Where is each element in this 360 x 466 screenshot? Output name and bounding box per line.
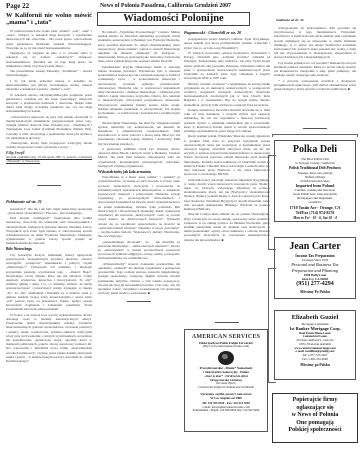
ad-text: Commercial freight for Poland and worldw… bbox=[185, 386, 267, 390]
ad-title: Jean Carter bbox=[275, 241, 355, 254]
article-paragraph: Niedoścignięt Nietzschego nie miał być z… bbox=[98, 121, 180, 146]
source-note: Artykuł opublikowany 19 listopada 2007 w… bbox=[6, 155, 92, 163]
article-paragraph: Niestety również „formacje” z angielskie… bbox=[184, 82, 270, 107]
blank-ad-frame bbox=[272, 134, 358, 137]
article-paragraph: „Ustawodawcy kierowali się przy tym jedn… bbox=[6, 115, 92, 140]
ad-text: in Orange County California bbox=[275, 161, 355, 165]
article-paragraph: Wspomniane tu z może „kasy pańska” i „pa… bbox=[98, 175, 180, 238]
article-paragraph: propagandowa wersja Martin'a Gilberta, Ż… bbox=[184, 37, 270, 50]
article-paragraph: Churchill twórcy jak mógł. Interesów imp… bbox=[184, 178, 270, 212]
left-column: W Kalifornii nie wolno mówić „mama” i „t… bbox=[6, 12, 92, 464]
article-paragraph: „Wykształciuchy” stanowi doskonałą powie… bbox=[98, 262, 180, 296]
article-paragraph: I by jak kiedy uchwalał ustawę w urzędzi… bbox=[6, 79, 92, 92]
ad-text: Popierajcie firmy bbox=[273, 397, 357, 405]
article-paragraph: Paradoksalnie krytyka Nietzschego miała … bbox=[98, 65, 180, 120]
divider bbox=[37, 185, 61, 186]
ad-american-services: AMERICAN SERVICES Polski Spedytor/Polish… bbox=[184, 329, 268, 432]
article-paragraph: Z pewnością sufibilmi chciał być studenc… bbox=[98, 147, 180, 168]
article-paragraph: Czy można jednak na to coś poradzić? Dem… bbox=[274, 61, 356, 78]
article-paragraph: W podstawówkach nie wolno pisać „mama”, … bbox=[6, 29, 92, 50]
article-paragraph: przeszłości”. Nie ma i nie było nigdy ta… bbox=[6, 207, 92, 215]
ad-text: One pomagają bbox=[273, 420, 357, 428]
subheading: Bóle Nietzschego bbox=[6, 247, 92, 251]
blank-ad-frame bbox=[268, 155, 276, 250]
ad-text: W Los Angeles od 1980 bbox=[185, 396, 267, 400]
ad-fax: Fax: 1-661-252-9049 bbox=[275, 358, 355, 362]
masthead: News of Polonia Pasadena, California Gru… bbox=[100, 3, 231, 9]
ad-text: w News of Polonia bbox=[273, 412, 357, 420]
ad-text: Cosmetics bbox=[275, 200, 355, 204]
article-paragraph: Tak przewidziano zasadą. Ekonomy „Termin… bbox=[6, 69, 92, 77]
divider bbox=[303, 128, 327, 129]
middle-column: Na łamach „Tygodnika Powszechnego” Czesł… bbox=[98, 30, 180, 420]
ad-title: Elizabeth Guziel bbox=[275, 314, 355, 322]
article-paragraph: Segregacja, ze względu na płeć, a to rów… bbox=[6, 51, 92, 68]
ad-phone: (951) 277-4294 bbox=[275, 281, 355, 289]
ad-support-polonia: Popierajcie firmy ogłaszające się w News… bbox=[272, 393, 358, 443]
article-paragraph: Na łamach „Tygodnika Powszechnego” Czesł… bbox=[98, 30, 180, 64]
section-title: Wiadomości Polonijne bbox=[97, 12, 250, 26]
article-paragraph: „Nauczyciele, którzy będą propagować tra… bbox=[6, 141, 92, 149]
article-paragraph: * w procesie wyznaczania wrażliwie z ist… bbox=[274, 79, 356, 92]
article-headline: W Kalifornii nie wolno mówić „mama” i „t… bbox=[6, 12, 92, 26]
divider bbox=[215, 322, 239, 323]
divider bbox=[127, 301, 151, 302]
article-paragraph: Czy Katarzyna Kozyra, feministki, liderz… bbox=[6, 253, 92, 312]
churchill-column: Paganowski - Churchill ze str. 20 propag… bbox=[184, 30, 270, 320]
article-paragraph: Obecnie Londyn musi zmienić się do pokaz… bbox=[184, 212, 270, 241]
article-paragraph: Dziś projekt „inteligencji” funkcjonuje … bbox=[6, 216, 92, 245]
ad-text: Poniedziałek - Piątek: 310 828 9000 albo… bbox=[185, 409, 267, 413]
article-paragraph: Kiedy premier polski, Władysław Sikorski… bbox=[184, 134, 270, 176]
continued-heading: Pobłażanie od str. 21 bbox=[6, 200, 92, 204]
ad-text: Polskiej społeczności bbox=[273, 427, 357, 435]
article-paragraph: Kolejne świadectwa mowemi Churchill dowi… bbox=[184, 108, 270, 133]
continued-label: Stodnicka od str. 20 bbox=[276, 18, 304, 22]
ad-text: Mówimy Po Polsku bbox=[275, 290, 355, 294]
blank-ad-frame bbox=[268, 268, 276, 383]
subheading: Wykształciuchy jak koła armatnia bbox=[98, 170, 180, 174]
page-number: Page 22 bbox=[6, 2, 29, 10]
article-paragraph: wzbogacanymi do społeczeństwa, jeśli pow… bbox=[274, 26, 356, 60]
article-paragraph: W szkołach ustawa antydyskryminacyjna po… bbox=[6, 93, 92, 114]
ad-title: Polka Deli bbox=[275, 144, 355, 157]
ad-text: Mówimy po Polsku bbox=[275, 363, 355, 367]
ad-jean-carter: Jean Carter Income Tax Preparation Licen… bbox=[274, 237, 356, 299]
ad-hours: Mon to Fri - 10 - 6, Sat 10 - 4 bbox=[275, 216, 355, 220]
right-column: wzbogacanymi do społeczeństwa, jeśli pow… bbox=[274, 26, 356, 124]
ad-elizabeth-guziel: Elizabeth Guziel Mortgage Consultant 1st… bbox=[274, 310, 356, 380]
article-paragraph: „antysemickiego aborcjami”, do – jak mów… bbox=[98, 240, 180, 261]
ad-text: (http://www.americanservicesinc.com) bbox=[185, 345, 267, 349]
globe-icon bbox=[218, 351, 234, 365]
continued-heading: Paganowski - Churchill ze str. 20 bbox=[184, 31, 270, 35]
ad-phone: Tel/Fax (714) 974-8276 bbox=[275, 210, 355, 215]
ad-polka-deli: Polka Deli The Best Polish Deli in Orang… bbox=[274, 140, 356, 222]
ad-text: ogłaszające się bbox=[273, 405, 357, 413]
article-paragraph: W Polsce i na świecie trwa wyścig wykszt… bbox=[6, 313, 92, 363]
article-paragraph: W tamtych stosowaniu sytuacji przybyszów… bbox=[184, 51, 270, 80]
